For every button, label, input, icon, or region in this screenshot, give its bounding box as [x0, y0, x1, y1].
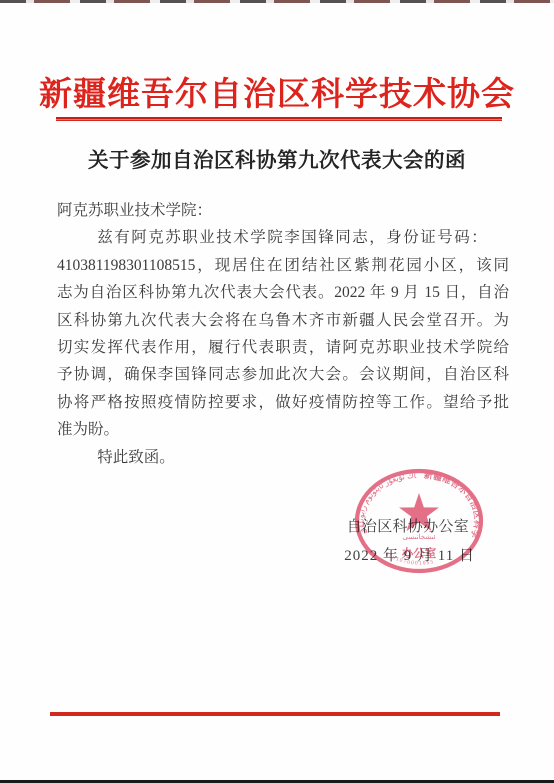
star-icon: [399, 493, 439, 531]
footer-divider: [50, 712, 500, 716]
seal-ring-text-uyghur: شىنجاڭ ئۇيغۇر ئاپتونوم رايونلۇق: [352, 466, 417, 536]
body-line: 准为盼。: [57, 416, 509, 443]
svg-text:شىنجاڭ ئۇيغۇر ئاپتونوم رايونلۇ: شىنجاڭ ئۇيغۇر ئاپتونوم رايونلۇق: [352, 466, 417, 536]
letter-body: 阿克苏职业技术学院： 兹有阿克苏职业技术学院李国锋同志，身份证号码： 41038…: [57, 197, 509, 471]
salutation: 阿克苏职业技术学院：: [57, 197, 509, 224]
body-line: 予协调，确保李国锋同志参加此次大会。会议期间，自治区科: [57, 361, 509, 388]
body-line: 410381198301108515，现居住在团结社区紫荆花园小区，该同: [57, 252, 509, 279]
document-title: 关于参加自治区科协第九次代表大会的函: [0, 143, 554, 173]
seal-bottom-text: 办公室: [402, 546, 437, 560]
letterhead-org-name: 新疆维吾尔自治区科学技术协会: [0, 68, 554, 115]
official-seal: شىنجاڭ ئۇيغۇر ئاپتونوم رايونلۇق 新疆维吾尔自治区…: [352, 466, 486, 576]
body-line: 区科协第九次代表大会将在乌鲁木齐市新疆人民会堂召开。为: [57, 307, 509, 334]
body-line: 兹有阿克苏职业技术学院李国锋同志，身份证号码：: [57, 224, 509, 251]
body-line: 切实发挥代表作用，履行代表职责，请阿克苏职业技术学院给: [57, 334, 509, 361]
body-line: 志为自治区科协第九次代表大会代表。2022 年 9 月 15 日，自治: [57, 279, 509, 306]
letterhead-divider: [56, 117, 502, 121]
scan-edge-top: [0, 0, 554, 3]
body-line: 协将严格按照疫情防控要求，做好疫情防控等工作。望给予批: [57, 389, 509, 416]
seal-center-text-uyghur: ئىشخانىسى: [402, 533, 435, 541]
letter-page: 新疆维吾尔自治区科学技术协会 关于参加自治区科协第九次代表大会的函 阿克苏职业技…: [0, 0, 554, 783]
